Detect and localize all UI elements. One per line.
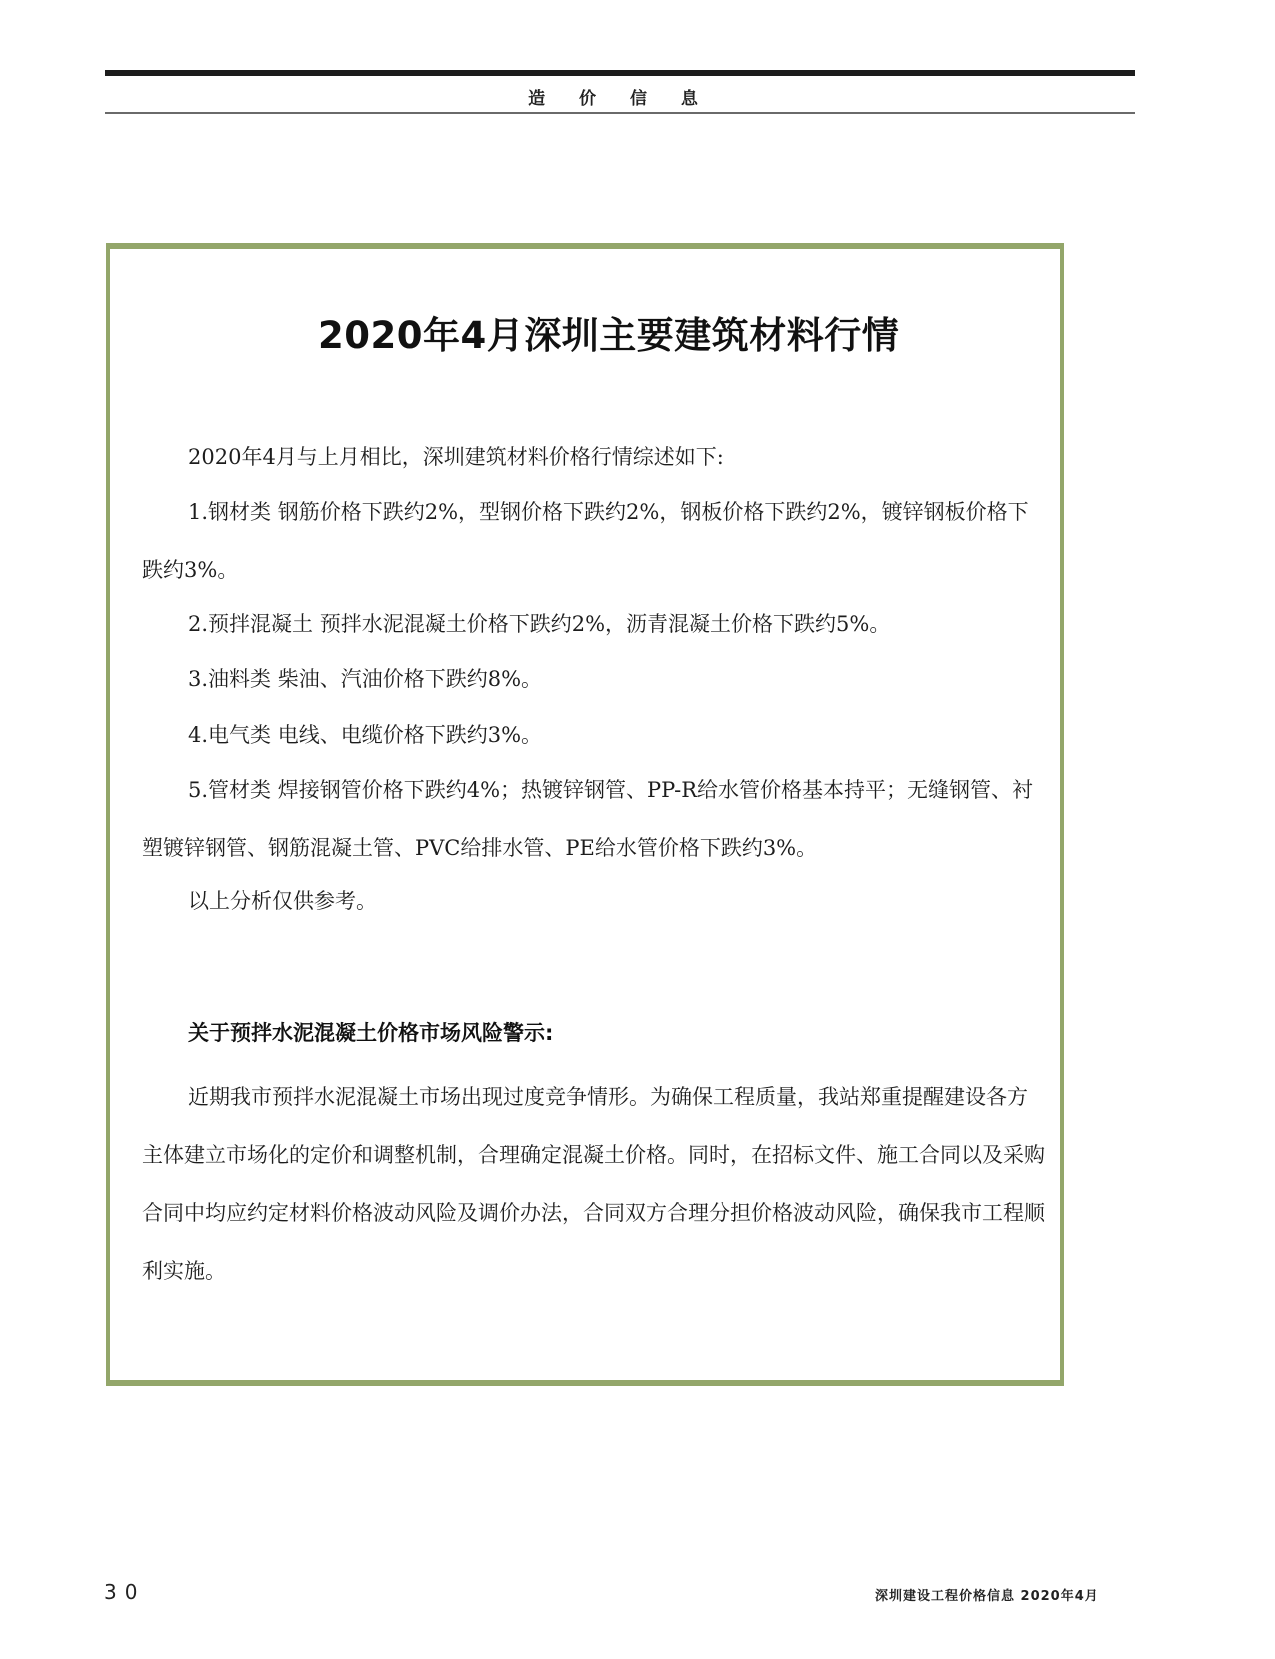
note-paragraph: 以上分析仅供参考。	[142, 872, 1047, 930]
article-title: 2020年4月深圳主要建筑材料行情	[106, 305, 1206, 359]
intro-paragraph: 2020年4月与上月相比，深圳建筑材料价格行情综述如下:	[142, 428, 1047, 486]
item-pipes: 5.管材类 焊接钢管价格下跌约4%；热镀锌钢管、PP-R给水管价格基本持平；无缝…	[142, 761, 1047, 877]
publication-footer: 深圳建设工程价格信息 2020年4月	[875, 1585, 1099, 1604]
item-fuel: 3.油料类 柴油、汽油价格下跌约8%。	[142, 650, 1047, 708]
section-header-title: 造 价 信 息	[105, 84, 1135, 109]
warning-heading: 关于预拌水泥混凝土价格市场风险警示:	[188, 1017, 553, 1047]
item-steel: 1.钢材类 钢筋价格下跌约2%，型钢价格下跌约2%，钢板价格下跌约2%，镀锌钢板…	[142, 483, 1047, 599]
warning-body: 近期我市预拌水泥混凝土市场出现过度竞争情形。为确保工程质量，我站郑重提醒建设各方…	[142, 1068, 1047, 1300]
page-number: 30	[104, 1580, 145, 1604]
item-electrical: 4.电气类 电线、电缆价格下跌约3%。	[142, 706, 1047, 764]
item-concrete: 2.预拌混凝土 预拌水泥混凝土价格下跌约2%，沥青混凝土价格下跌约5%。	[142, 595, 1047, 653]
header-rule-thick	[105, 70, 1135, 76]
header-rule-thin	[105, 112, 1135, 114]
